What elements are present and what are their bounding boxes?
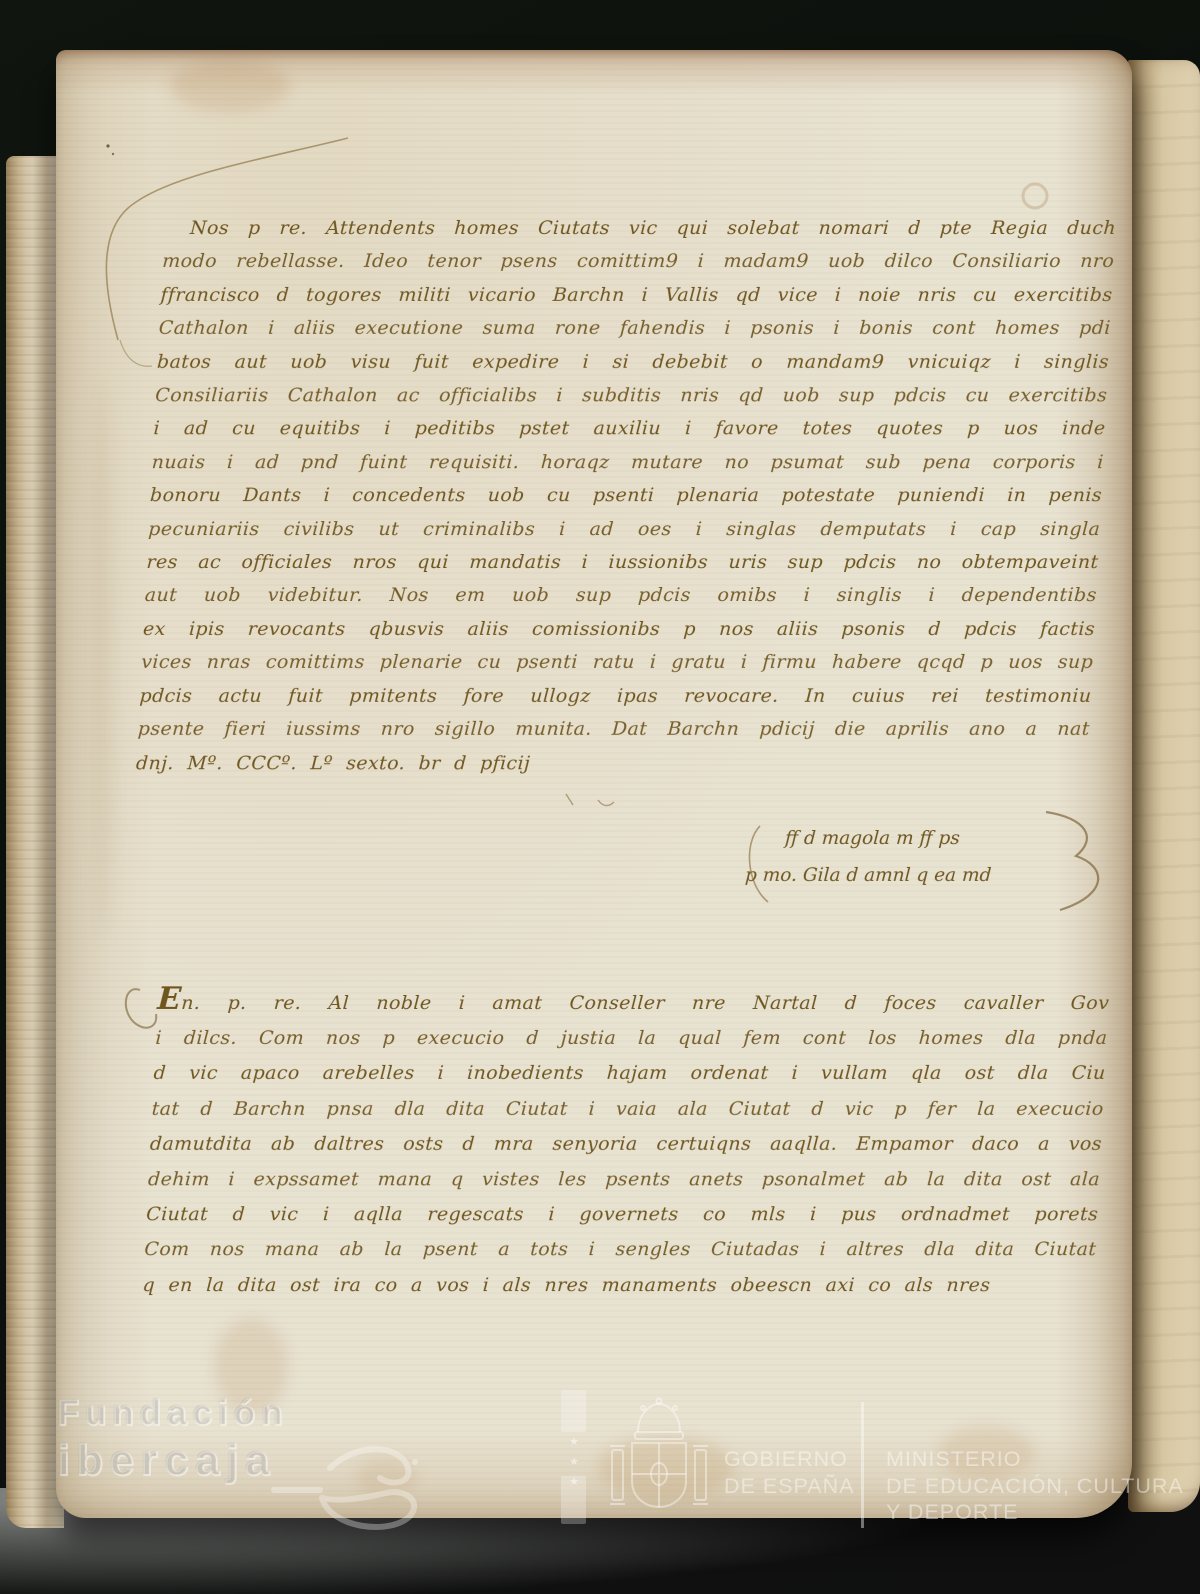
manuscript-paragraph-2: En. p. re. Al noble i amat Conseller nre… — [142, 982, 1111, 1303]
manuscript-line: En. p. re. Al noble i amat Conseller nre… — [156, 982, 1110, 1021]
manuscript-line: psente fieri iussims nro sigillo munita.… — [137, 713, 1091, 746]
manuscript-line: Ciutat d vic i aqlla regescats i governe… — [145, 1197, 1099, 1232]
manuscript-line: tat d Barchn pnsa dla dita Ciutat i vaia… — [151, 1092, 1105, 1127]
manuscript-line: batos aut uob visu fuit expedire i si de… — [156, 346, 1110, 379]
manuscript-line: dehim i expssamet mana q vistes les psen… — [147, 1162, 1101, 1197]
manuscript-line: Com nos mana ab la psent a tots i sengle… — [143, 1232, 1097, 1267]
manuscript-page: Nos p re. Attendents homes Ciutats vic q… — [56, 50, 1132, 1518]
manuscript-line: vices nras comittims plenarie cu psenti … — [140, 646, 1094, 679]
manuscript-line: Cathalon i aliis executione suma rone fa… — [158, 312, 1112, 345]
paper-stain — [170, 60, 290, 112]
manuscript-line: i dilcs. Com nos p execucio d justia la … — [155, 1021, 1109, 1056]
manuscript-line: Nos p re. Attendents homes Ciutats vic q… — [163, 212, 1117, 245]
manuscript-line: pdcis actu fuit pmitents fore ullogz ipa… — [139, 680, 1093, 713]
manuscript-line: damutdita ab daltres osts d mra senyoria… — [149, 1127, 1103, 1162]
manuscript-line: bonoru Dants i concedents uob cu psenti … — [149, 479, 1103, 512]
signature-line: p mo. Gila d amnl q ea md — [744, 857, 1076, 894]
manuscript-line: q en la dita ost ira co a vos i als nres… — [142, 1268, 1096, 1303]
manuscript-line: res ac officiales nros qui mandatis i iu… — [146, 546, 1100, 579]
chancery-signature-note: ff d magola m ff ps p mo. Gila d amnl q … — [744, 820, 1078, 894]
manuscript-line: Consiliariis Cathalon ac officialibs i s… — [154, 379, 1108, 412]
paper-stain — [598, 1436, 734, 1500]
manuscript-line: modo rebellasse. Ideo tenor psens comitt… — [161, 245, 1115, 278]
signature-line: ff d magola m ff ps — [746, 820, 1078, 857]
manuscript-line: i ad cu equitibs i peditibs pstet auxili… — [153, 412, 1107, 445]
paper-stain — [214, 1318, 288, 1414]
paper-stain — [938, 1426, 1034, 1480]
manuscript-line: ffrancisco d togores militi vicario Barc… — [160, 279, 1114, 312]
manuscript-line: dnj. Mº. CCCº. Lº sexto. br d pficij — [135, 747, 1089, 780]
manuscript-paragraph-1: Nos p re. Attendents homes Ciutats vic q… — [135, 212, 1117, 780]
manuscript-line: nuais i ad pnd fuint requisiti. horaqz m… — [151, 446, 1105, 479]
manuscript-line: ex ipis revocants qbusvis aliis comissio… — [142, 613, 1096, 646]
paper-stain — [356, 1458, 416, 1498]
manuscript-line: aut uob videbitur. Nos em uob sup pdcis … — [144, 579, 1098, 612]
paper-stain — [92, 380, 112, 940]
manuscript-line: pecuniariis civilibs ut criminalibs i ad… — [147, 513, 1101, 546]
manuscript-photo: Nos p re. Attendents homes Ciutats vic q… — [0, 0, 1200, 1594]
next-page-edge-right — [1128, 60, 1200, 1512]
manuscript-line: d vic apaco arebelles i inobedients haja… — [153, 1056, 1107, 1091]
